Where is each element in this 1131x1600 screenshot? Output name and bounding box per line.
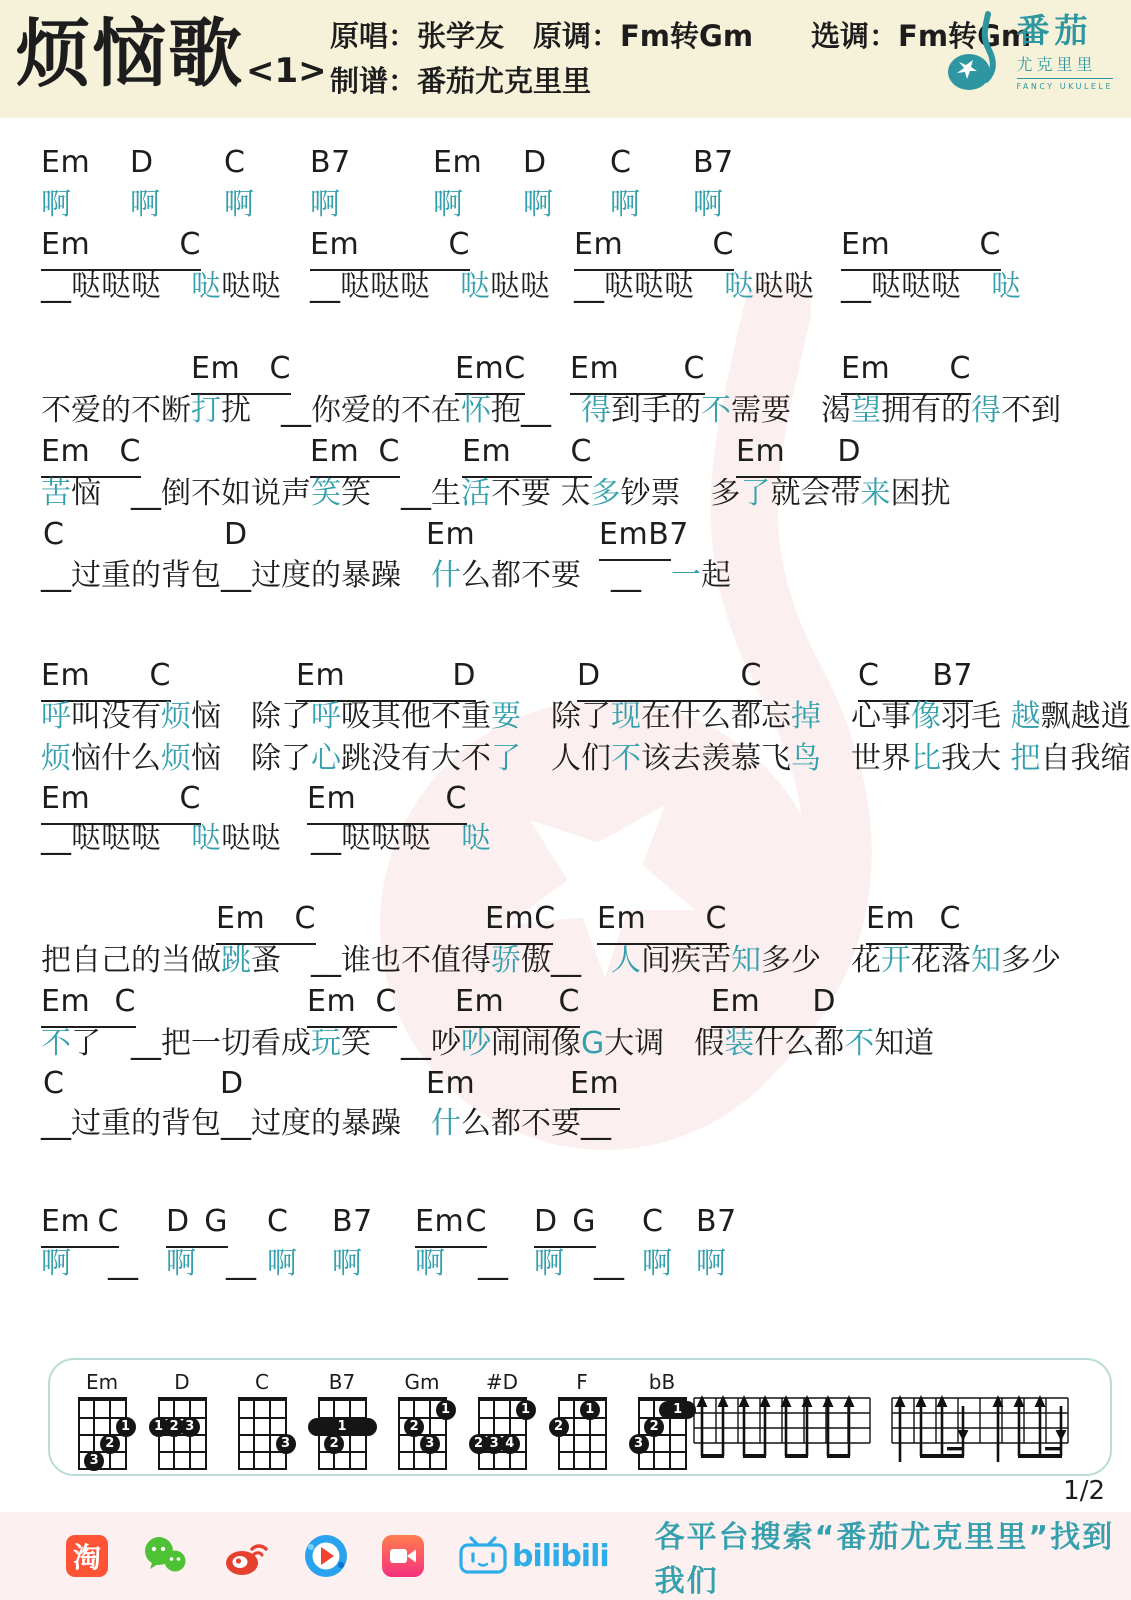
- barre-marker: 1: [659, 1401, 697, 1419]
- finger-dot: 3: [84, 1451, 104, 1471]
- lyrics-line: __哒哒哒 哒哒哒__哒哒哒 哒哒哒__哒哒哒 哒哒哒__哒哒哒 哒: [0, 270, 1131, 316]
- chords-line: EmCDGCB7EmCDGCB7: [0, 1205, 1131, 1251]
- chord-diagram-C: C3: [224, 1370, 300, 1469]
- chord-token: DC: [577, 659, 762, 702]
- lyric-token: 啊: [642, 1247, 672, 1282]
- chord-token: EmC: [41, 1205, 119, 1248]
- fretboard-grid: 12: [558, 1397, 607, 1469]
- chord-diagram-#D: #D1234: [464, 1370, 540, 1469]
- finger-dot: 2: [324, 1434, 344, 1454]
- lyric-token: __哒哒哒 哒哒哒: [574, 270, 814, 305]
- lyric-token: 不了 __把一切看成玩笑 __吵吵闹闹像G大调 假装什么都不知道: [41, 1027, 934, 1062]
- chord-token: EmC: [841, 352, 971, 395]
- lyric-token: 啊: [310, 188, 340, 223]
- chord-diagram-label: C: [224, 1370, 300, 1394]
- lyric-token: 啊: [41, 188, 71, 223]
- tencent-video-icon[interactable]: [304, 1534, 348, 1578]
- lyric-token: __过重的背包__过度的暴躁 什么都不要 __ 一起: [41, 559, 731, 594]
- chords-line: EmDCB7EmDCB7: [0, 146, 1131, 192]
- chord-token: D: [130, 146, 154, 181]
- finger-dot: 3: [420, 1434, 440, 1454]
- lyric-token: 啊: [41, 1247, 71, 1282]
- chord-token: B7: [696, 1205, 737, 1240]
- chord-diagram-label: B7: [304, 1370, 380, 1394]
- chords-line: EmCEmCEmCEmC: [0, 228, 1131, 274]
- chord-token: EmC: [310, 435, 400, 478]
- lyric-token: __: [108, 1247, 138, 1282]
- chord-diagram-F: F12: [544, 1370, 620, 1469]
- song-meta: 原唱：张学友 原调：Fm转Gm 选调：Fm转Gm 制谱：番茄尤克里里: [330, 14, 1031, 104]
- chord-diagram-Gm: Gm123: [384, 1370, 460, 1469]
- chord-token: EmC: [841, 228, 1001, 271]
- footer: 淘: [0, 1512, 1131, 1600]
- lyric-token: __哒哒哒 哒: [841, 270, 1021, 305]
- lyrics-line: __过重的背包__过度的暴躁 什么都不要__: [0, 1107, 1131, 1153]
- finger-dot: 2: [644, 1417, 664, 1437]
- chord-token: Em: [426, 518, 475, 553]
- weishi-video-icon[interactable]: [382, 1535, 424, 1577]
- chord-token: EmD: [736, 435, 861, 478]
- lyric-token: 啊: [696, 1247, 726, 1282]
- bilibili-icon[interactable]: bilibili: [458, 1535, 609, 1577]
- lyrics-line: __哒哒哒 哒哒哒 __哒哒哒 哒: [0, 822, 1131, 868]
- lyric-token: 啊: [534, 1247, 564, 1282]
- chord-token: DG: [534, 1205, 596, 1248]
- brand-name-sub: 尤克里里: [1017, 49, 1113, 79]
- strum-pattern-1: [692, 1392, 874, 1474]
- page-number-marker: <1>: [246, 51, 327, 91]
- lyric-token: 呼叫没有烦恼 除了呼吸其他不重要 除了现在什么都忘掉 心事像羽毛 越飘越逍遥: [41, 700, 1131, 735]
- chord-token: EmC: [41, 782, 201, 825]
- lyric-token: __哒哒哒 哒哒哒: [41, 270, 281, 305]
- chord-token: EmC: [485, 902, 553, 945]
- finger-dot: 1: [116, 1417, 136, 1437]
- brand-name-en: FANCY UKULELE: [1017, 82, 1113, 91]
- lyrics-line: 苦恼 __倒不如说声笑笑 __生活不要 太多钞票 多了就会带来困扰: [0, 477, 1131, 523]
- page-title: 烦恼歌: [16, 8, 244, 101]
- lyric-token: __: [226, 1247, 256, 1282]
- lyric-token: 啊: [130, 188, 160, 223]
- chord-token: DG: [166, 1205, 228, 1248]
- lyric-token: 苦恼 __倒不如说声笑笑 __生活不要 太多钞票 多了就会带来困扰: [41, 477, 951, 512]
- chord-token: CB7: [858, 659, 973, 702]
- lyric-token: __: [478, 1247, 508, 1282]
- chords-line: EmCEmCEmCEmC: [0, 902, 1131, 948]
- chord-token: EmC: [415, 1205, 487, 1248]
- chords-line: EmCEmCEmCEmC: [0, 352, 1131, 398]
- tomato-note-icon: [941, 10, 1007, 94]
- song-meta-line1: 原唱：张学友 原调：Fm转Gm 选调：Fm转Gm: [330, 14, 1031, 59]
- chord-token: EmD: [711, 985, 836, 1028]
- chord-token: Em: [426, 1067, 475, 1102]
- chord-token: EmC: [462, 435, 592, 478]
- chord-token: EmC: [866, 902, 961, 945]
- chord-token: EmC: [307, 782, 467, 825]
- chord-diagram-label: D: [144, 1370, 220, 1394]
- chord-token: B7: [310, 146, 351, 181]
- finger-dot: 4: [500, 1434, 520, 1454]
- lyric-token: __过重的背包__过度的暴躁 什么都不要__: [41, 1107, 611, 1142]
- chord-token: EmD: [296, 659, 476, 702]
- lyric-token: __哒哒哒 哒哒哒: [310, 270, 550, 305]
- finger-dot: 1: [516, 1400, 536, 1420]
- chord-token: Em: [570, 1067, 620, 1110]
- lyrics-line: 啊__啊__啊啊啊__啊__啊啊: [0, 1247, 1131, 1293]
- lyric-token: 啊: [267, 1247, 297, 1282]
- chord-diagram-label: #D: [464, 1370, 540, 1394]
- fretboard-grid: 1234: [478, 1397, 527, 1469]
- fretboard-grid: 123: [158, 1397, 207, 1469]
- finger-dot: 1: [580, 1400, 600, 1420]
- chord-token: C: [267, 1205, 288, 1240]
- bilibili-wordmark: bilibili: [512, 1539, 609, 1574]
- chord-diagram-Em: Em123: [64, 1370, 140, 1469]
- chord-token: Em: [433, 146, 482, 181]
- finger-dot: 2: [404, 1417, 424, 1437]
- footer-search-text: 各平台搜索“番茄尤克里里”找到我们: [655, 1512, 1131, 1600]
- barre-marker: 1: [308, 1418, 377, 1436]
- chord-token: EmC: [310, 228, 470, 271]
- fretboard-grid: 123: [398, 1397, 447, 1469]
- chord-token: C: [43, 1067, 64, 1102]
- lyric-token: 啊: [523, 188, 553, 223]
- chord-token: C: [610, 146, 631, 181]
- lyric-token: 啊: [332, 1247, 362, 1282]
- fretboard-grid: 12: [318, 1397, 367, 1469]
- chord-diagram-B7: B712: [304, 1370, 380, 1469]
- lyric-token: 不爱的不断打扰 __你爱的不在怀抱__ 得到手的不需要 渴望拥有的得不到: [41, 394, 1061, 429]
- fretboard-grid: 123: [638, 1397, 687, 1469]
- chord-reference-box: Em123D123C3B712Gm123#D1234F12bB123: [48, 1358, 1112, 1476]
- chord-token: EmC: [455, 352, 525, 395]
- brand-name-cn: 番茄: [1017, 13, 1113, 49]
- chord-token: D: [224, 518, 248, 553]
- lyric-token: 把自己的当做跳蚤 __谁也不值得骄傲__ 人间疾苦知多少 花开花落知多少: [41, 944, 1061, 979]
- lyric-token: 啊: [610, 188, 640, 223]
- weibo-icon[interactable]: [224, 1535, 270, 1577]
- lyric-token: 啊: [433, 188, 463, 223]
- lyric-token: 烦恼什么烦恼 除了心跳没有大不了 人们不该去羡慕飞鸟 世界比我大 把自我缩小: [41, 742, 1131, 777]
- fretboard-grid: 3: [238, 1397, 287, 1469]
- lyric-token: 啊: [166, 1247, 196, 1282]
- brand-logo: 番茄 尤克里里 FANCY UKULELE: [941, 10, 1113, 94]
- chord-token: EmC: [216, 902, 316, 945]
- lyrics-line: __过重的背包__过度的暴躁 什么都不要 __ 一起: [0, 559, 1131, 605]
- chord-token: EmC: [191, 352, 291, 395]
- lyrics-line: 呼叫没有烦恼 除了呼吸其他不重要 除了现在什么都忘掉 心事像羽毛 越飘越逍遥: [0, 700, 1131, 746]
- social-icons: 淘: [66, 1534, 609, 1578]
- finger-dot: 3: [629, 1434, 649, 1454]
- chord-diagram-bB: bB123: [624, 1370, 700, 1469]
- chord-diagram-label: F: [544, 1370, 620, 1394]
- chord-token: Em: [41, 146, 90, 181]
- chord-token: EmC: [570, 352, 705, 395]
- finger-dot: 3: [180, 1417, 200, 1437]
- chord-token: B7: [332, 1205, 373, 1240]
- lyric-token: 啊: [693, 188, 723, 223]
- chord-token: B7: [693, 146, 734, 181]
- lyric-token: __哒哒哒 哒哒哒 __哒哒哒 哒: [41, 822, 491, 857]
- chord-token: EmC: [41, 985, 136, 1028]
- lyric-token: 啊: [224, 188, 254, 223]
- chord-token: EmC: [41, 659, 171, 702]
- chord-token: EmC: [41, 228, 201, 271]
- finger-dot: 3: [276, 1434, 296, 1454]
- finger-dot: 1: [436, 1400, 456, 1420]
- lyric-token: __: [594, 1247, 624, 1282]
- chords-line: EmCEmCEmCEmD: [0, 985, 1131, 1031]
- chord-diagram-D: D123: [144, 1370, 220, 1469]
- chord-diagram-label: bB: [624, 1370, 700, 1394]
- chord-token: EmC: [41, 435, 141, 478]
- chord-token: C: [642, 1205, 663, 1240]
- chord-diagram-label: Em: [64, 1370, 140, 1394]
- chord-token: EmC: [455, 985, 580, 1028]
- chord-token: EmC: [574, 228, 734, 271]
- page-indicator: 1/2: [1063, 1476, 1105, 1506]
- chord-token: EmB7: [599, 518, 671, 561]
- chord-token: D: [523, 146, 547, 181]
- header: 烦恼歌 <1> 原唱：张学友 原调：Fm转Gm 选调：Fm转Gm 制谱：番茄尤克…: [0, 0, 1131, 118]
- chord-token: EmC: [597, 902, 727, 945]
- fretboard-grid: 123: [78, 1397, 127, 1469]
- chord-token: EmC: [307, 985, 397, 1028]
- wechat-icon[interactable]: [142, 1535, 190, 1577]
- chord-diagrams: Em123D123C3B712Gm123#D1234F12bB123: [64, 1370, 700, 1469]
- taobao-icon[interactable]: 淘: [66, 1535, 108, 1577]
- song-meta-line2: 制谱：番茄尤克里里: [330, 59, 1031, 104]
- chord-token: C: [43, 518, 64, 553]
- chords-line: EmCEmCEmCEmD: [0, 435, 1131, 481]
- lyric-token: 啊: [415, 1247, 445, 1282]
- score: EmDCB7EmDCB7啊啊啊啊啊啊啊啊EmCEmCEmCEmC__哒哒哒 哒哒…: [0, 0, 1131, 1340]
- finger-dot: 2: [549, 1417, 569, 1437]
- strum-pattern-2: [890, 1392, 1072, 1474]
- finger-dot: 2: [100, 1434, 120, 1454]
- lyrics-line: 不爱的不断打扰 __你爱的不在怀抱__ 得到手的不需要 渴望拥有的得不到: [0, 394, 1131, 440]
- chord-diagram-label: Gm: [384, 1370, 460, 1394]
- chord-token: D: [220, 1067, 244, 1102]
- chord-token: C: [224, 146, 245, 181]
